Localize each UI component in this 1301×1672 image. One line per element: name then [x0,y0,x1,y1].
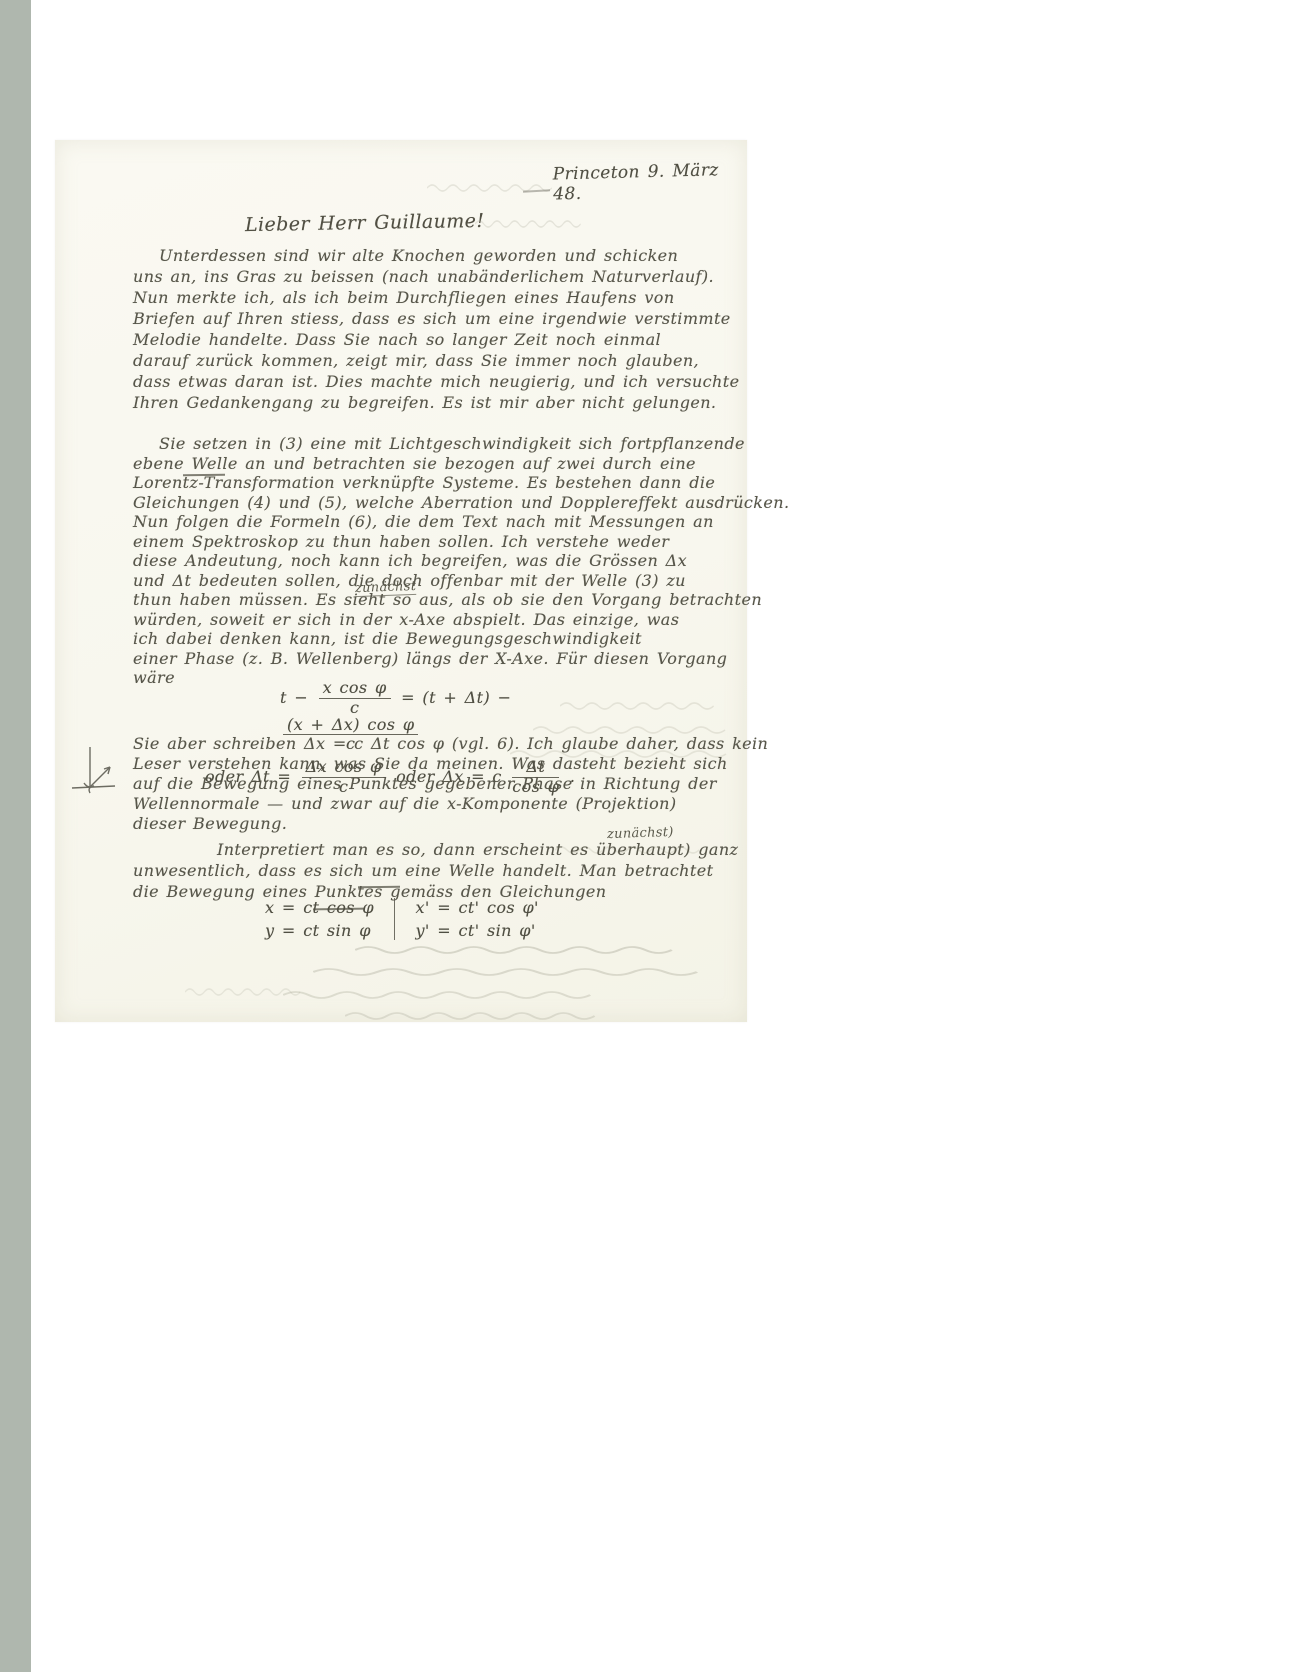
binder-edge-strip [0,0,31,1672]
bleedthrough-line [475,214,585,226]
equation-system: x = ct cos φ y = ct sin φ x' = ct' cos φ… [265,898,539,940]
bleedthrough-line [355,940,685,952]
handwriting-line: Unterdessen sind wir alte Knochen geword… [159,245,739,266]
handwriting-line: Melodie handelte. Dass Sie nach so lange… [133,329,739,350]
handwriting-line: uns an, ins Gras zu beissen (nach unabän… [133,266,739,287]
handwriting-line: einem Spektroskop zu thun haben sollen. … [133,532,789,552]
equation: x' = ct' cos φ' [415,898,538,917]
scanned-letter-page: Princeton 9. März 48. Lieber Herr Guilla… [0,0,1301,1672]
handwriting-line: Gleichungen (4) und (5), welche Aberrati… [133,493,789,513]
handwriting-line: Lorentz-Transformation verknüpfte System… [133,473,789,493]
handwriting-line: darauf zurück kommen, zeigt mir, dass Si… [133,350,739,371]
handwriting-line: Briefen auf Ihren stiess, dass es sich u… [133,308,739,329]
dateline: Princeton 9. März 48. [553,159,748,204]
bleedthrough-line [427,178,557,190]
handwriting-line: Nun folgen die Formeln (6), die dem Text… [133,512,789,532]
handwriting-line: Sie setzen in (3) eine mit Lichtgeschwin… [159,434,789,454]
formula-term: t − [280,688,308,707]
bleedthrough-line [510,744,735,756]
bleedthrough-line [283,985,603,997]
equation: y = ct sin φ [265,921,374,940]
equation: x = ct cos φ [265,898,374,917]
equation-column-unprimed: x = ct cos φ y = ct sin φ [265,898,374,940]
salutation: Lieber Herr Guillaume! [245,210,485,236]
equation-divider [394,898,396,940]
bleedthrough-line [185,982,305,994]
inserted-word-zunaechst: zunächst [355,579,417,597]
handwriting-line: Wellennormale — und zwar auf die x-Kompo… [133,794,768,814]
paragraph-2: Sie setzen in (3) eine mit Lichtgeschwin… [133,434,789,688]
handwriting-line: und Δt bedeuten sollen, die doch offenba… [133,571,789,591]
handwriting-line: Ihren Gedankengang zu begreifen. Es ist … [133,392,739,413]
fraction: x cos φ c [319,680,391,717]
bleedthrough-line [560,696,720,708]
handwriting-line: einer Phase (z. B. Wellenberg) längs der… [133,649,789,669]
equation: y' = ct' sin φ' [415,921,538,940]
paragraph-1: Unterdessen sind wir alte Knochen geword… [133,245,739,413]
bleedthrough-line [345,1006,605,1018]
equation-column-primed: x' = ct' cos φ' y' = ct' sin φ' [415,898,538,940]
handwriting-line: dass etwas daran ist. Dies machte mich n… [133,371,739,392]
handwriting-line: ich dabei denken kann, ist die Bewegungs… [133,629,789,649]
handwriting-line: Nun merkte ich, als ich beim Durchfliege… [133,287,739,308]
margin-sketch-axes [69,743,121,803]
bleedthrough-line [313,962,713,974]
formula-term: = (t + Δt) − [401,688,511,707]
handwriting-line: ebene Welle an und betrachten sie bezoge… [133,454,789,474]
letter-paper: Princeton 9. März 48. Lieber Herr Guilla… [55,140,747,1022]
bleedthrough-line [533,720,733,732]
handwriting-line: thun haben müssen. Es sieht so aus, als … [133,590,789,610]
handwriting-line: diese Andeutung, noch kann ich begreifen… [133,551,789,571]
handwriting-line: würden, soweit er sich in der x-Axe absp… [133,610,789,630]
handwriting-line: unwesentlich, dass es sich um eine Welle… [133,860,738,881]
bleedthrough-line [555,840,705,852]
handwriting-line: auf die Bewegung eines Punktes gegebener… [133,774,768,794]
